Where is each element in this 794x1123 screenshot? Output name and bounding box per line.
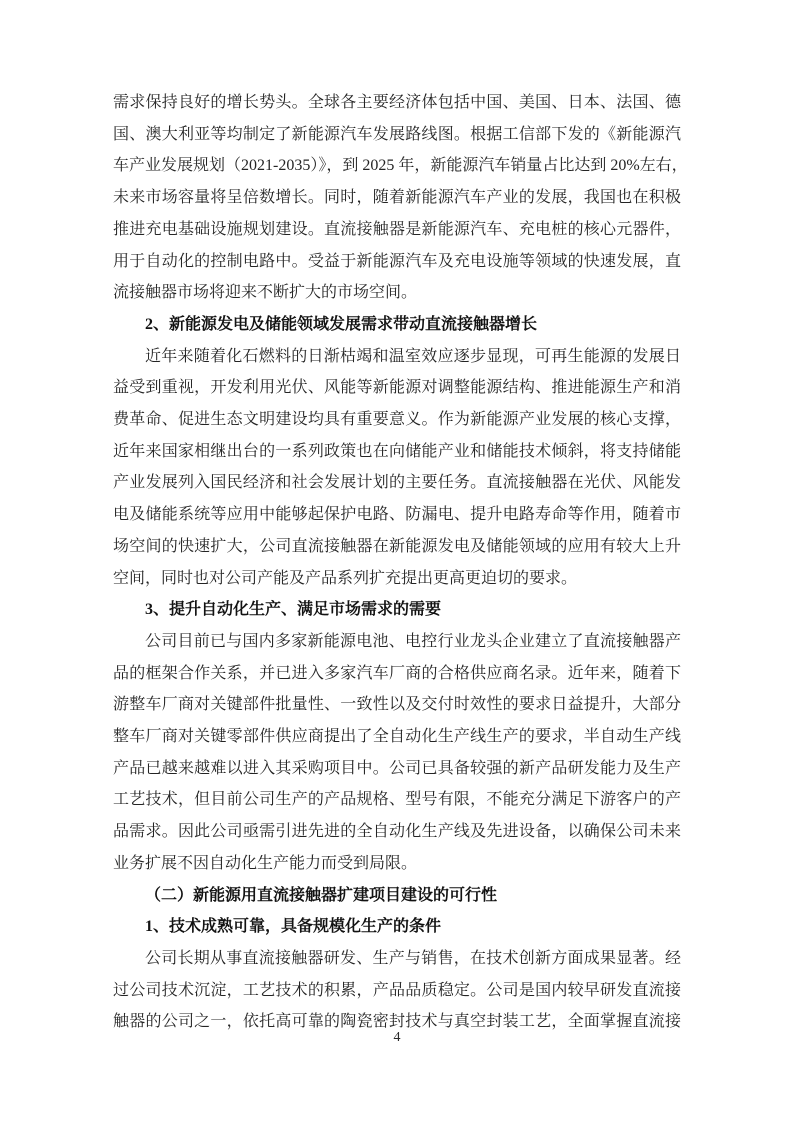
page-number: 4 xyxy=(113,1029,681,1047)
text-line: 产业发展列入国民经济和社会发展计划的主要任务。直流接触器在光伏、风能发 xyxy=(113,467,681,499)
text-line: 品需求。因此公司亟需引进先进的全自动化生产线及先进设备，以确保公司未来 xyxy=(113,816,681,848)
text-line: 产品已越来越难以进入其采购项目中。公司已具备较强的新产品研发能力及生产 xyxy=(113,753,681,785)
text-line: 品的框架合作关系，并已进入多家汽车厂商的合格供应商名录。近年来，随着下 xyxy=(113,658,681,690)
text-line: 公司长期从事直流接触器研发、生产与销售，在技术创新方面成果显著。经 xyxy=(113,943,681,975)
section-heading: 2、新能源发电及储能领域发展需求带动直流接触器增长 xyxy=(113,309,681,341)
paragraph: 需求保持良好的增长势头。全球各主要经济体包括中国、美国、日本、法国、德国、澳大利… xyxy=(113,87,681,309)
document-page: 需求保持良好的增长势头。全球各主要经济体包括中国、美国、日本、法国、德国、澳大利… xyxy=(0,0,794,1123)
text-line: 近年来国家相继出台的一系列政策也在向储能产业和储能技术倾斜，将支持储能 xyxy=(113,436,681,468)
text-line: 推进充电基础设施规划建设。直流接触器是新能源汽车、充电桩的核心元器件， xyxy=(113,214,681,246)
text-line: 电及储能系统等应用中能够起保护电路、防漏电、提升电路寿命等作用，随着市 xyxy=(113,499,681,531)
text-line: 工艺技术，但目前公司生产的产品规格、型号有限，不能充分满足下游客户的产 xyxy=(113,784,681,816)
text-line: 公司目前已与国内多家新能源电池、电控行业龙头企业建立了直流接触器产 xyxy=(113,626,681,658)
text-line: 需求保持良好的增长势头。全球各主要经济体包括中国、美国、日本、法国、德 xyxy=(113,87,681,119)
text-line: 费革命、促进生态文明建设均具有重要意义。作为新能源产业发展的核心支撑， xyxy=(113,404,681,436)
text-line: 车产业发展规划（2021-2035）》，到 2025 年，新能源汽车销量占比达到… xyxy=(113,150,681,182)
section-heading: 3、提升自动化生产、满足市场需求的需要 xyxy=(113,594,681,626)
text-line: 国、澳大利亚等均制定了新能源汽车发展路线图。根据工信部下发的《新能源汽 xyxy=(113,119,681,151)
document-body: 需求保持良好的增长势头。全球各主要经济体包括中国、美国、日本、法国、德国、澳大利… xyxy=(113,87,681,1038)
paragraph: 公司目前已与国内多家新能源电池、电控行业龙头企业建立了直流接触器产品的框架合作关… xyxy=(113,626,681,880)
text-line: 流接触器市场将迎来不断扩大的市场空间。 xyxy=(113,277,681,309)
text-line: 近年来随着化石燃料的日渐枯竭和温室效应逐步显现，可再生能源的发展日 xyxy=(113,341,681,373)
text-line: 整车厂商对关键零部件供应商提出了全自动化生产线生产的要求，半自动生产线 xyxy=(113,721,681,753)
section-heading: 1、技术成熟可靠，具备规模化生产的条件 xyxy=(113,911,681,943)
text-line: 业务扩展不因自动化生产能力而受到局限。 xyxy=(113,848,681,880)
paragraph: 近年来随着化石燃料的日渐枯竭和温室效应逐步显现，可再生能源的发展日益受到重视，开… xyxy=(113,341,681,595)
text-line: 用于自动化的控制电路中。受益于新能源汽车及充电设施等领域的快速发展，直 xyxy=(113,246,681,278)
text-line: 未来市场容量将呈倍数增长。同时，随着新能源汽车产业的发展，我国也在积极 xyxy=(113,182,681,214)
text-line: 场空间的快速扩大，公司直流接触器在新能源发电及储能领域的应用有较大上升 xyxy=(113,531,681,563)
text-line: 益受到重视，开发利用光伏、风能等新能源对调整能源结构、推进能源生产和消 xyxy=(113,372,681,404)
text-line: 空间，同时也对公司产能及产品系列扩充提出更高更迫切的要求。 xyxy=(113,563,681,595)
text-line: 游整车厂商对关键部件批量性、一致性以及交付时效性的要求日益提升，大部分 xyxy=(113,689,681,721)
section-heading: （二）新能源用直流接触器扩建项目建设的可行性 xyxy=(113,880,681,912)
text-line: 过公司技术沉淀，工艺技术的积累，产品品质稳定。公司是国内较早研发直流接 xyxy=(113,975,681,1007)
paragraph: 公司长期从事直流接触器研发、生产与销售，在技术创新方面成果显著。经过公司技术沉淀… xyxy=(113,943,681,1038)
